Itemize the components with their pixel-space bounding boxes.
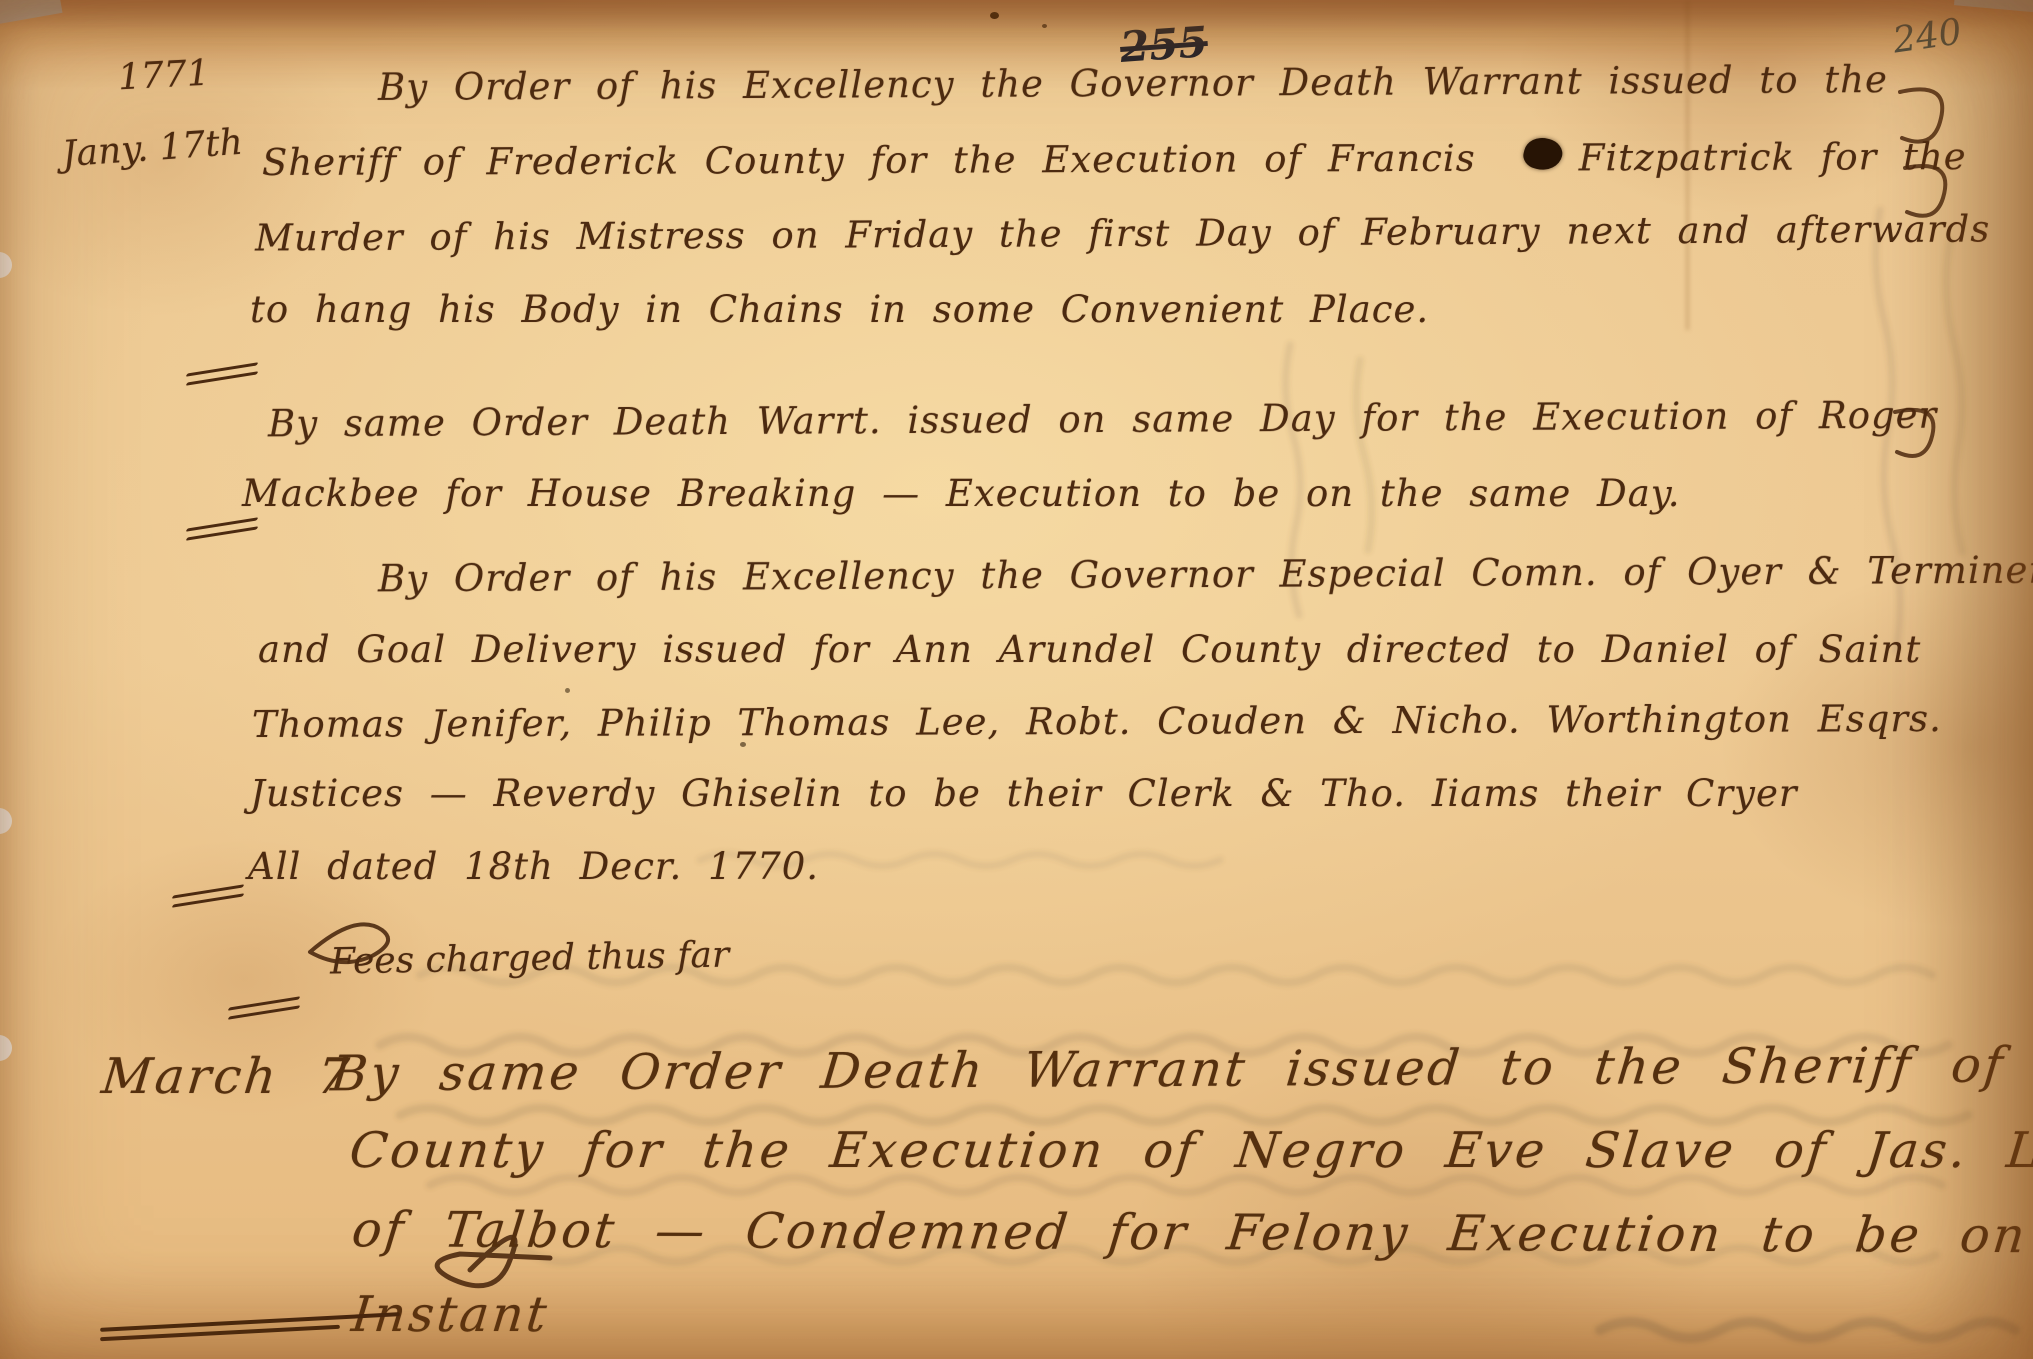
- manuscript-page: 255 240 1771 Jany. 17th By Order of his …: [0, 0, 2033, 1359]
- ink-speck: [565, 688, 570, 693]
- ghost-mark: [1946, 240, 1962, 552]
- margin-date: Jany. 17th: [61, 122, 244, 176]
- ink-speck: [990, 12, 999, 19]
- entry-divider: [186, 523, 258, 539]
- flourish: [1900, 89, 1942, 141]
- fees-note: Fees charged thus far: [330, 935, 730, 983]
- entry-line: County for the Execution of Negro Eve Sl…: [347, 1122, 2033, 1179]
- scan-corner-artifact: [0, 0, 63, 27]
- ghost-line: [430, 1178, 1942, 1193]
- scan-corner-artifact: [1954, 0, 2033, 15]
- entry-divider: [228, 1002, 300, 1018]
- entry-line: By Order of his Excellency the Governor …: [378, 549, 2033, 601]
- page-number: 240: [1890, 11, 1964, 61]
- ink-flourish-group: [310, 89, 1945, 1285]
- entry-line: Justices — Reverdy Ghiselin to be their …: [250, 772, 1798, 815]
- torn-edge-notch: [0, 1035, 12, 1061]
- entry-line: By same Order Death Warrant issued to th…: [329, 1035, 2033, 1103]
- entry-line: and Goal Delivery issued for Ann Arundel…: [258, 628, 1921, 671]
- margin-march-date: March 7: [99, 1048, 355, 1105]
- entry-divider: [172, 890, 244, 906]
- torn-edge-notch: [0, 252, 12, 278]
- entry-line: Sheriff of Frederick County for the Exec…: [262, 135, 1967, 184]
- entry-line: of Talbot — Condemned for Felony Executi…: [349, 1201, 2033, 1265]
- ghost-mark: [1356, 360, 1371, 550]
- entry-line: All dated 18th Decr. 1770.: [248, 845, 819, 888]
- entry-line: By Order of his Excellency the Governor …: [378, 58, 1888, 109]
- torn-edge-notch: [0, 808, 12, 834]
- entry-divider: [186, 368, 258, 384]
- ink-speck: [1042, 24, 1047, 28]
- entry-line: Thomas Jenifer, Philip Thomas Lee, Robt.…: [252, 697, 1942, 746]
- entry-line: to hang his Body in Chains in some Conve…: [250, 288, 1429, 331]
- entry-line: Murder of his Mistress on Friday the fir…: [255, 207, 1990, 259]
- ghost-line: [1600, 1322, 2015, 1338]
- entry-line: By same Order Death Warrt. issued on sam…: [268, 394, 1937, 446]
- closing-underline: [100, 1320, 400, 1338]
- entry-line: Mackbee for House Breaking — Execution t…: [242, 472, 1681, 515]
- margin-year: 1771: [117, 53, 211, 99]
- ghost-line: [400, 1108, 1968, 1122]
